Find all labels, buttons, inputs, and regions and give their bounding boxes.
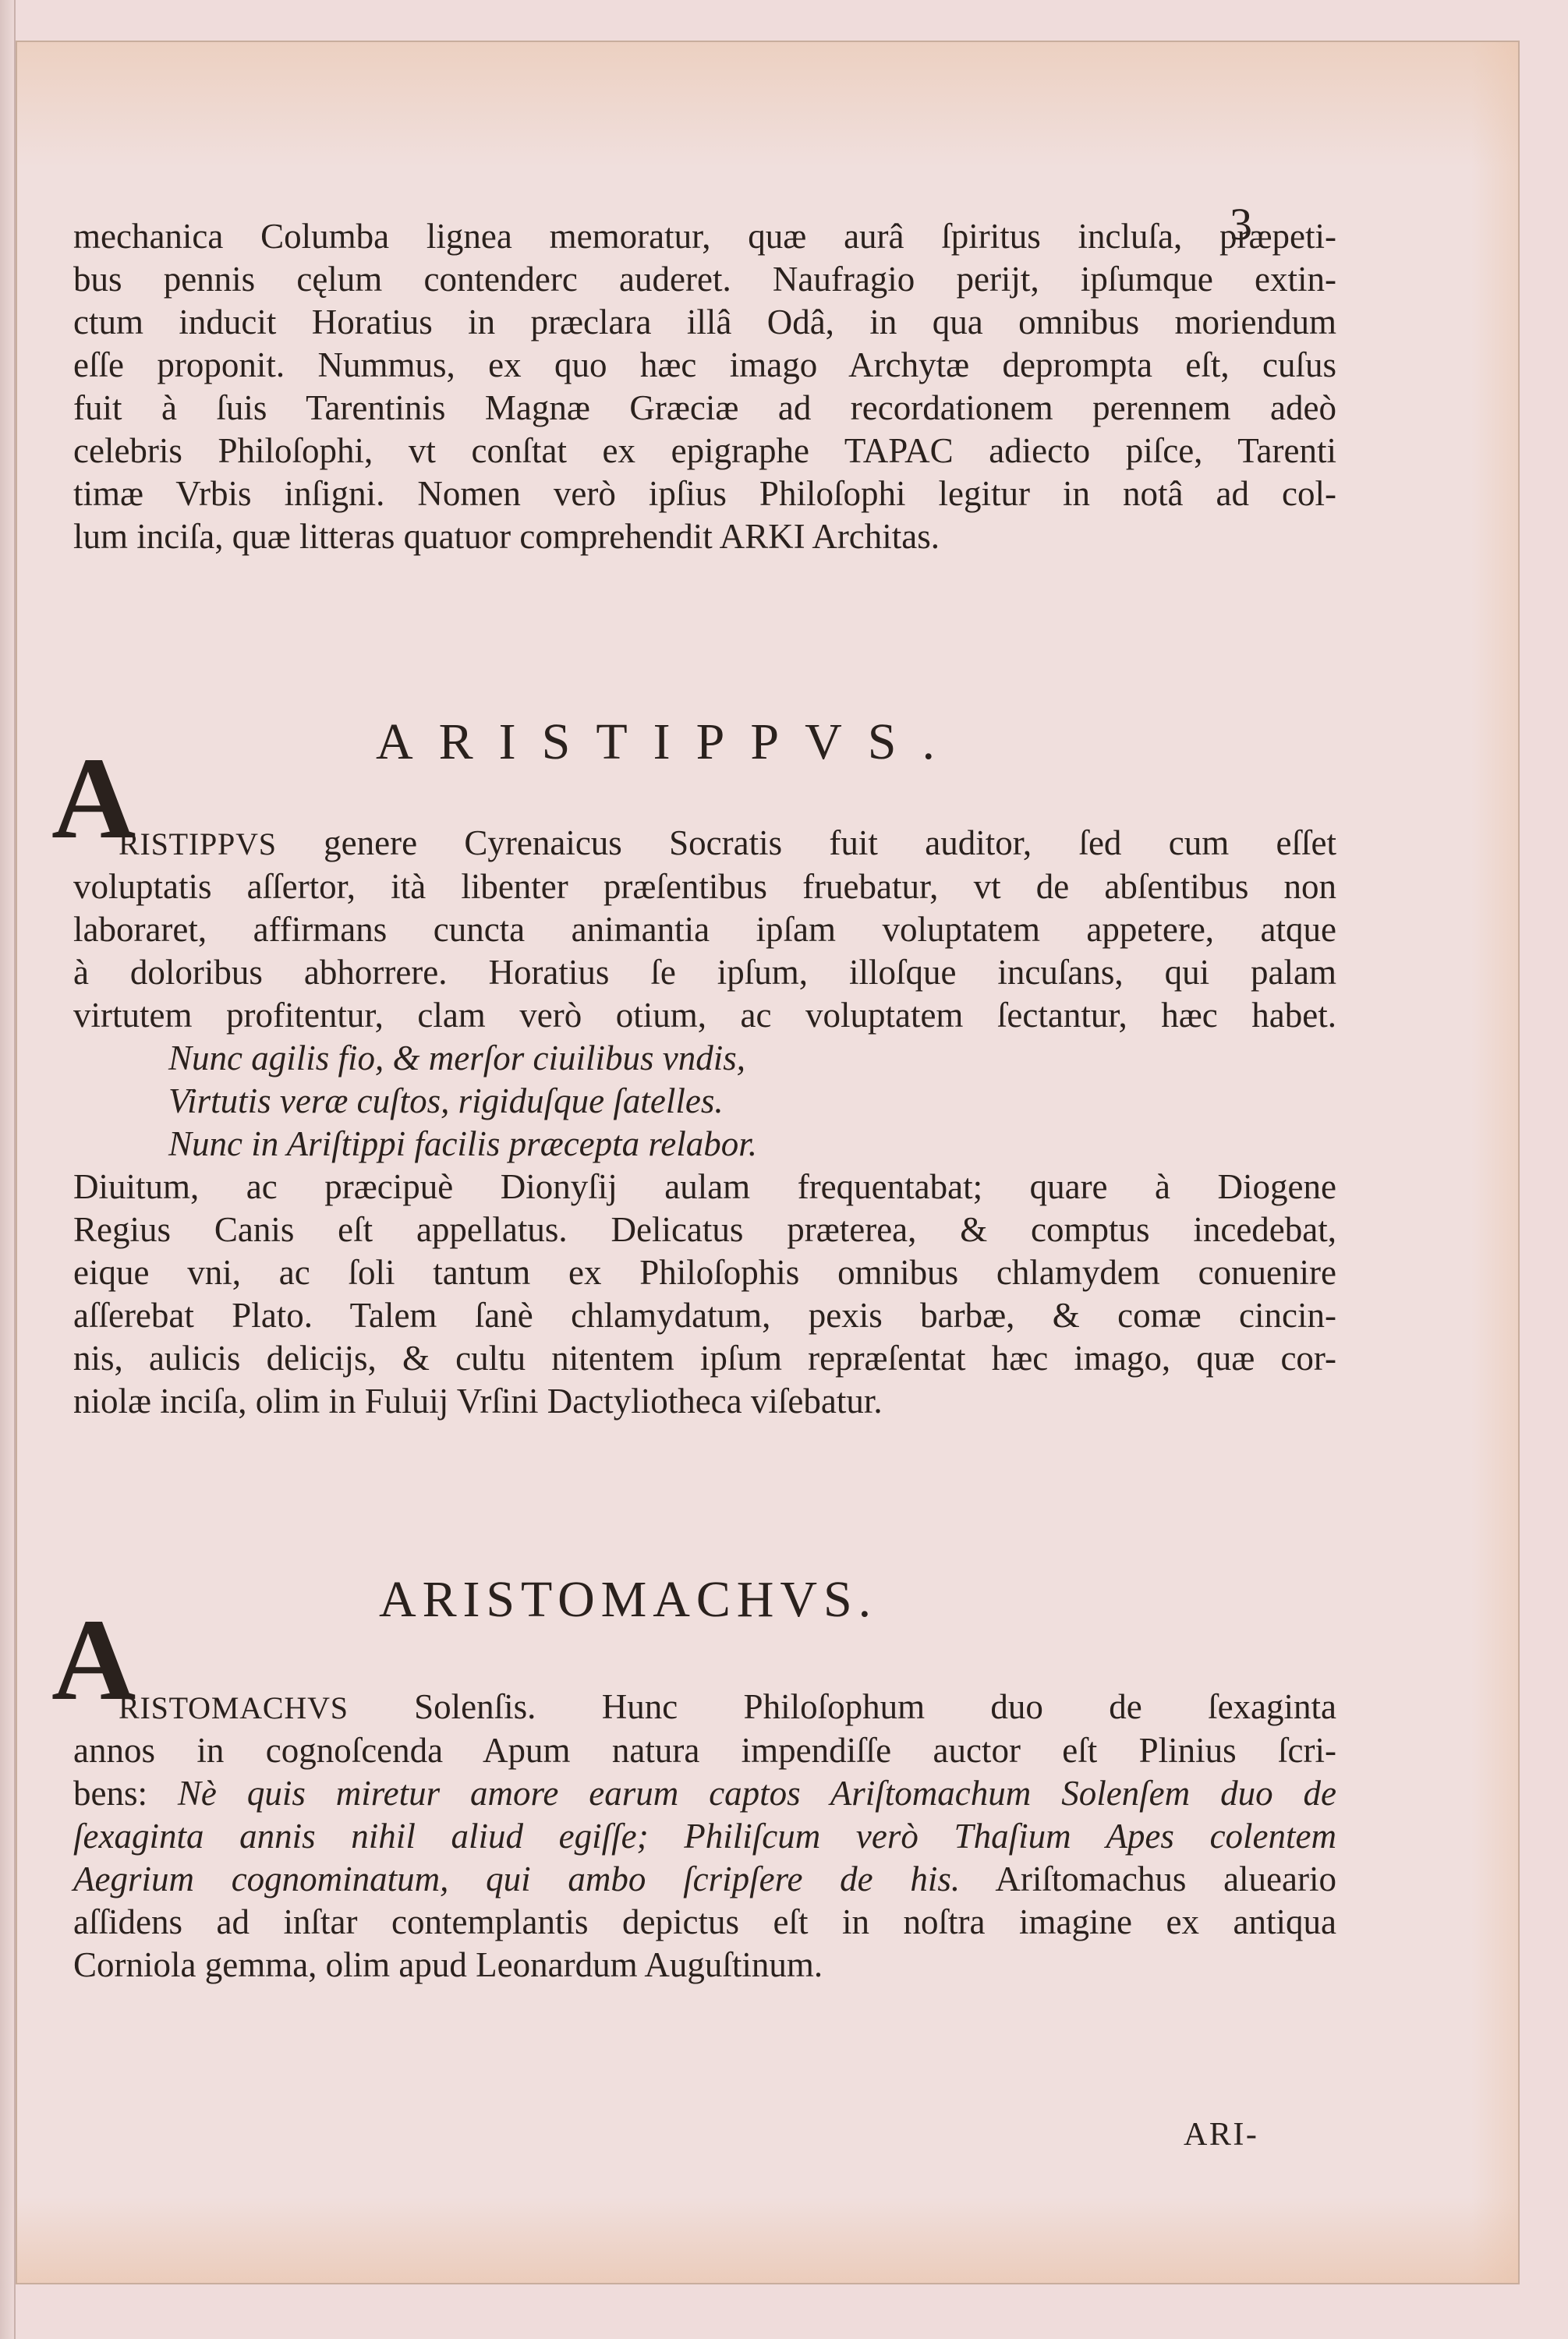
text-line: RISTIPPVS genere Cyrenaicus Socratis fui… [73, 822, 1336, 865]
book-page: 3 mechanica Columba lignea memoratur, qu… [16, 41, 1520, 2284]
text-line: à doloribus abhorrere. Horatius ſe ipſum… [73, 951, 1336, 994]
text-line: celebris Philoſophi, vt conſtat ex epigr… [73, 430, 1336, 472]
text-line: RISTOMACHVS Solenſis. Hunc Philoſophum d… [73, 1686, 1336, 1729]
section-heading-aristomachus: ARISTOMACHVS. [379, 1570, 877, 1630]
text-line: nis, aulicis delicijs, & cultu nitentem … [73, 1337, 1336, 1380]
text-line: annos in cognoſcenda Apum natura impendi… [73, 1729, 1336, 1772]
lead-word: RISTOMACHVS [119, 1690, 349, 1725]
text-line: virtutem profitentur, clam verò otium, a… [73, 994, 1336, 1037]
intro-paragraph: mechanica Columba lignea memoratur, quæ … [73, 215, 1336, 558]
text-line: mechanica Columba lignea memoratur, quæ … [73, 215, 1336, 258]
verse-line: Virtutis veræ cuſtos, rigiduſque ſatelle… [73, 1080, 1336, 1123]
text-line: timæ Vrbis inſigni. Nomen verò ipſius Ph… [73, 472, 1336, 515]
aristomachus-body: RISTOMACHVS Solenſis. Hunc Philoſophum d… [73, 1686, 1336, 1987]
verse-line: Nunc in Ariſtippi facilis præcepta relab… [73, 1123, 1336, 1166]
section-heading-aristippus: ARISTIPPVS. [376, 713, 961, 772]
text-line: laboraret, affirmans cuncta animantia ip… [73, 908, 1336, 951]
text-line: aſſidens ad inſtar contemplantis depictu… [73, 1901, 1336, 1944]
text-line: aſſerebat Plato. Talem ſanè chlamydatum,… [73, 1294, 1336, 1337]
text-line: ſexaginta annis nihil aliud egiſſe; Phil… [73, 1815, 1336, 1858]
text-line: voluptatis aſſertor, ità libenter præſen… [73, 865, 1336, 908]
text-line: bens: Nè quis miretur amore earum captos… [73, 1772, 1336, 1815]
verse-line: Nunc agilis fio, & merſor ciuilibus vndi… [73, 1037, 1336, 1080]
text-line: eique vni, ac ſoli tantum ex Philoſophis… [73, 1251, 1336, 1294]
text-line: ctum inducit Horatius in præclara illâ O… [73, 301, 1336, 344]
text-line: lum inciſa, quæ litteras quatuor compreh… [73, 515, 1336, 558]
aristippus-body: RISTIPPVS genere Cyrenaicus Socratis fui… [73, 822, 1336, 1423]
text-line: eſſe proponit. Nummus, ex quo hæc imago … [73, 344, 1336, 387]
lead-word: RISTIPPVS [119, 826, 277, 862]
catchword: ARI- [1184, 2116, 1258, 2153]
text-line: bus pennis cęlum contenderc auderet. Nau… [73, 258, 1336, 301]
text-line: Diuitum, ac præcipuè Dionyſij aulam freq… [73, 1166, 1336, 1208]
page-edge-left [0, 0, 16, 2339]
text-line: fuit à ſuis Tarentinis Magnæ Græciæ ad r… [73, 387, 1336, 430]
text-line: Regius Canis eſt appellatus. Delicatus p… [73, 1208, 1336, 1251]
text-line: Corniola gemma, olim apud Leonardum Augu… [73, 1944, 1336, 1987]
text-line: niolæ inciſa, olim in Fuluij Vrſini Dact… [73, 1380, 1336, 1423]
text-line: Aegrium cognominatum, qui ambo ſcripſere… [73, 1858, 1336, 1901]
